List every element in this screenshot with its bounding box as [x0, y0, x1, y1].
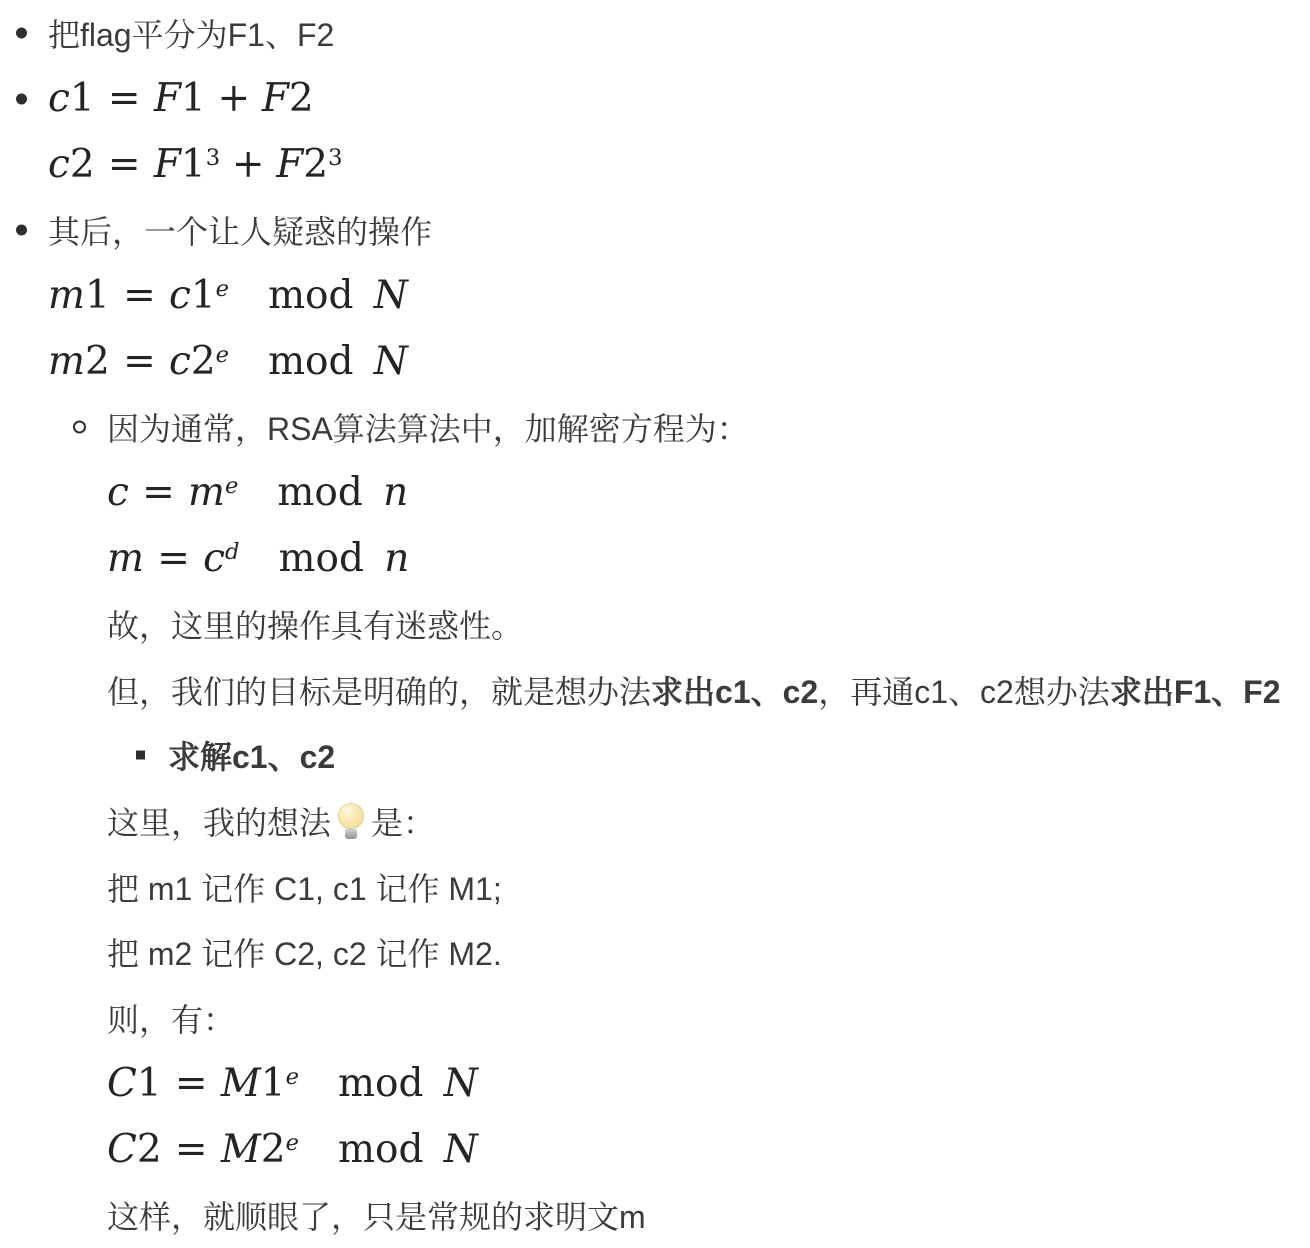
paragraph-rename-1: 把 m1 记作 C1, c1 记作 M1; — [0, 854, 1310, 920]
paragraph-text: 故，这里的操作具有迷惑性。 — [107, 601, 523, 647]
sub-sub-bullet-text: 求解c1、c2 — [168, 732, 335, 778]
math-line-c2: c2=F13+F23 — [0, 131, 1310, 197]
sub-sub-bullet-solve-c1c2: 求解c1、c2 — [0, 723, 1310, 789]
bullet-circle-icon — [73, 420, 86, 433]
paragraph-rename-2: 把 m2 记作 C2, c2 记作 M2. — [0, 920, 1310, 986]
bullet-disc-icon — [16, 224, 27, 235]
bullet-item-split-flag: 把flag平分为F1、F2 — [0, 0, 1310, 66]
bullet-text: 其后，一个让人疑惑的操作 — [48, 207, 432, 253]
paragraph-text: 这样，就顺眼了，只是常规的求明文m — [107, 1192, 646, 1238]
math-line-encrypt: c=memodn — [0, 460, 1310, 526]
bullet-disc-icon — [16, 93, 27, 104]
bullet-item-confusing-op: 其后，一个让人疑惑的操作 — [0, 197, 1310, 263]
equation-encrypt: c=memodn — [107, 470, 408, 515]
equation-C1: C1=M1emodN — [107, 1061, 478, 1106]
paragraph-goal: 但，我们的目标是明确的，就是想办法求出c1、c2，再通c1、c2想办法求出F1、… — [0, 657, 1310, 723]
paragraph-text: 把 m1 记作 C1, c1 记作 M1; — [107, 864, 502, 910]
equation-c1: c1=F1+F2 — [48, 76, 314, 121]
paragraph-misleading: 故，这里的操作具有迷惑性。 — [0, 591, 1310, 657]
math-line-m2: m2=c2emodN — [0, 328, 1310, 394]
paragraph-conclusion: 这样，就顺眼了，只是常规的求明文m — [0, 1182, 1310, 1248]
document: 把flag平分为F1、F2 c1=F1+F2 c2=F13+F23 其后，一个让… — [0, 0, 1310, 1248]
paragraph-runs: 但，我们的目标是明确的，就是想办法求出c1、c2，再通c1、c2想办法求出F1、… — [107, 667, 1281, 713]
bullet-disc-icon — [16, 27, 27, 38]
sub-bullet-text: 因为通常，RSA算法算法中，加解密方程为： — [107, 404, 749, 450]
paragraph-then: 则，有： — [0, 985, 1310, 1051]
math-line-C2: C2=M2emodN — [0, 1117, 1310, 1183]
equation-m1: m1=c1emodN — [48, 273, 408, 318]
paragraph-text: 把 m2 记作 C2, c2 记作 M2. — [107, 929, 502, 975]
paragraph-idea: 这里，我的想法是： — [0, 788, 1310, 854]
math-line-c1: c1=F1+F2 — [0, 66, 1310, 132]
bullet-text: 把flag平分为F1、F2 — [48, 10, 334, 56]
math-line-m1: m1=c1emodN — [0, 263, 1310, 329]
math-line-C1: C1=M1emodN — [0, 1051, 1310, 1117]
equation-c2: c2=F13+F23 — [48, 142, 342, 187]
equation-C2: C2=M2emodN — [107, 1127, 478, 1172]
lightbulb-icon — [336, 802, 366, 842]
math-line-decrypt: m=cdmodn — [0, 526, 1310, 592]
sub-bullet-rsa-note: 因为通常，RSA算法算法中，加解密方程为： — [0, 394, 1310, 460]
bullet-square-icon — [136, 751, 145, 760]
paragraph-runs: 这里，我的想法是： — [107, 798, 435, 844]
paragraph-text: 则，有： — [107, 995, 235, 1041]
equation-m2: m2=c2emodN — [48, 339, 408, 384]
equation-decrypt: m=cdmodn — [107, 536, 409, 581]
